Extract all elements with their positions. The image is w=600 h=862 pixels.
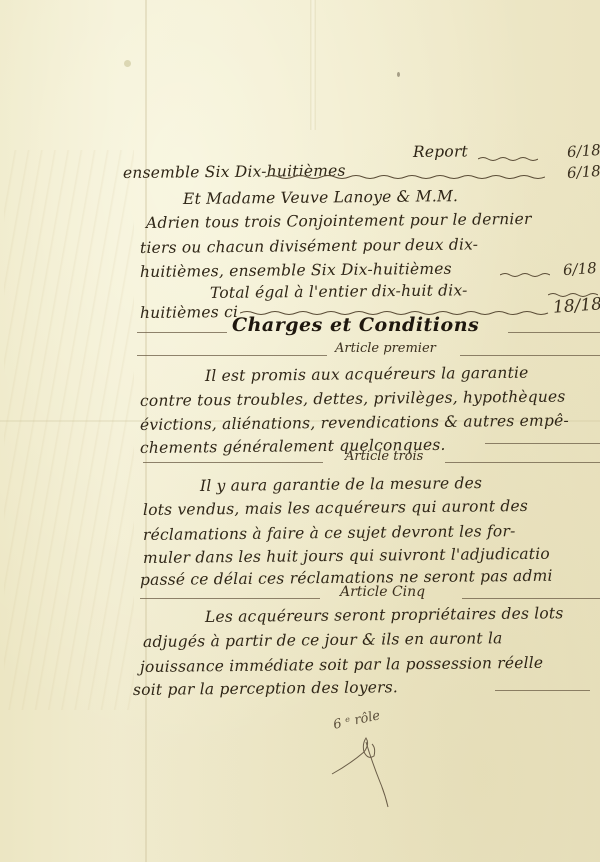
total-amount: 18/18: [552, 294, 600, 317]
text-line: huitièmes, ensemble Six Dix-huitièmes: [140, 259, 452, 282]
report-label: Report: [413, 141, 468, 162]
text-line: Et Madame Veuve Lanoye & M.M.: [183, 186, 458, 209]
text-line: tiers ou chacun divisément pour deux dix…: [140, 234, 478, 258]
amount: 6/18: [562, 259, 597, 279]
section-heading: Charges et Conditions: [232, 314, 479, 336]
divider: [460, 355, 600, 356]
divider: [445, 462, 600, 463]
text-line: huitièmes ci: [140, 302, 238, 323]
fill-squiggle: [478, 156, 538, 162]
divider: [137, 355, 327, 356]
fill-squiggle: [265, 174, 545, 180]
text-line: adjugés à partir de ce jour & ils en aur…: [143, 628, 503, 652]
fill-squiggle: [500, 272, 550, 278]
amount: 6/18: [566, 162, 600, 182]
text-line: évictions, aliénations, revendications &…: [140, 411, 569, 435]
divider: [508, 332, 600, 333]
article-title: Article premier: [335, 341, 436, 356]
text-line: jouissance immédiate soit par la possess…: [140, 653, 543, 677]
text-line: contre tous troubles, dettes, privilèges…: [140, 387, 566, 411]
fold-crease: [310, 0, 316, 130]
article-title: Article Cinq: [340, 584, 425, 600]
divider: [137, 332, 227, 333]
divider: [485, 443, 600, 444]
text-line: Total égal à l'entier dix-huit dix-: [210, 280, 468, 303]
paraph-signature-icon: [330, 712, 410, 812]
report-amount: 6/18: [566, 141, 600, 161]
text-line: Il est promis aux acquéreurs la garantie: [205, 363, 529, 386]
paper-stain: [397, 72, 400, 77]
text-line: réclamations à faire à ce sujet devront …: [143, 521, 516, 545]
article-title: Article trois: [345, 449, 423, 464]
bleed-through-writing: [4, 150, 134, 710]
document-page: Report 6/18 ensemble Six Dix-huitièmes 6…: [0, 0, 600, 862]
text-line: Les acquéreurs seront propriétaires des …: [205, 603, 564, 627]
divider: [462, 598, 600, 599]
text-line: muler dans les huit jours qui suivront l…: [143, 544, 550, 568]
divider: [143, 462, 323, 463]
divider: [495, 690, 590, 691]
text-line: soit par la perception des loyers.: [133, 677, 398, 700]
text-line: Il y aura garantie de la mesure des: [200, 473, 482, 496]
paper-stain: [124, 60, 131, 67]
divider: [140, 598, 320, 599]
text-line: lots vendus, mais les acquéreurs qui aur…: [143, 496, 528, 520]
text-line: Adrien tous trois Conjointement pour le …: [146, 209, 532, 233]
